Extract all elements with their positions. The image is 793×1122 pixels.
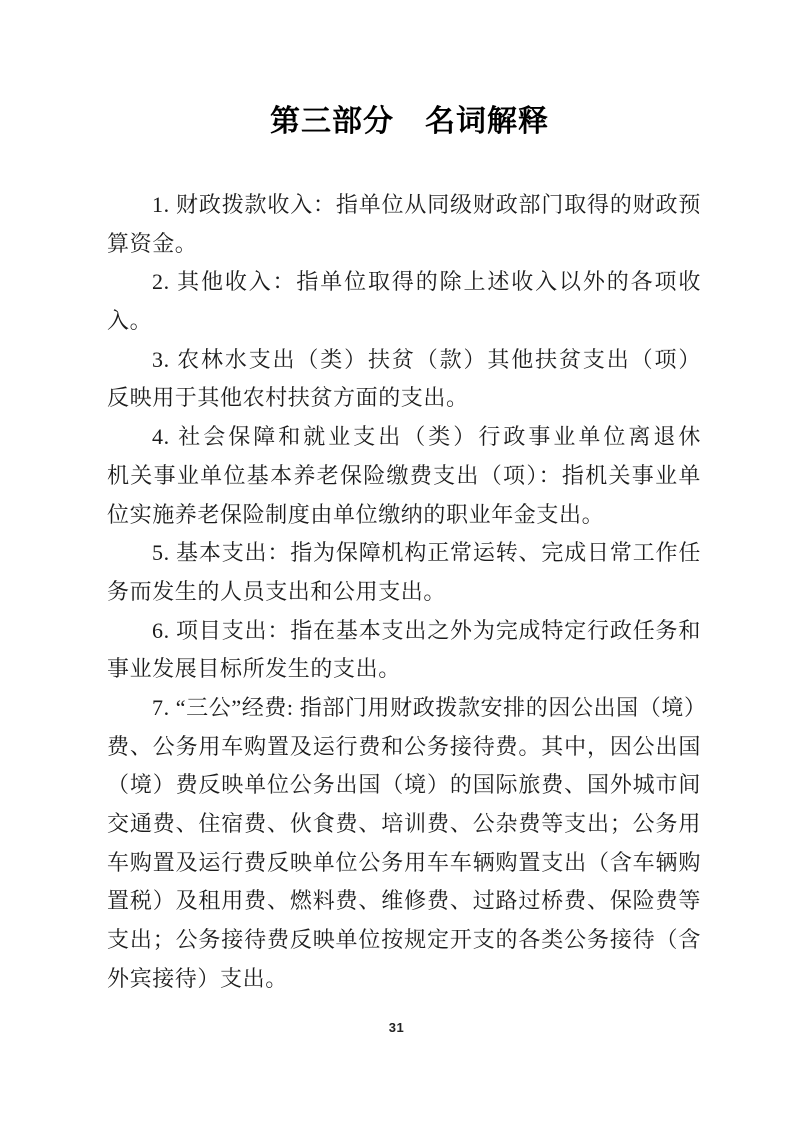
text-line: 置税）及租用费、燃料费、维修费、过路过桥费、保险费等 bbox=[107, 882, 701, 921]
text-line: 支出；公务接待费反映单位按规定开支的各类公务接待（含 bbox=[107, 921, 701, 960]
text-line: 5. 基本支出：指为保障机构正常运转、完成日常工作任 bbox=[107, 534, 701, 573]
text-line: 入。 bbox=[107, 302, 701, 341]
text-line: 车购置及运行费反映单位公务用车车辆购置支出（含车辆购 bbox=[107, 844, 701, 883]
page-number: 31 bbox=[0, 1020, 793, 1035]
text-line: 3. 农林水支出（类）扶贫（款）其他扶贫支出（项）指: bbox=[107, 341, 701, 380]
text-line: 7. “三公”经费: 指部门用财政拨款安排的因公出国（境） bbox=[107, 689, 701, 728]
text-line: 2. 其他收入：指单位取得的除上述收入以外的各项收 bbox=[107, 263, 701, 302]
document-body: 1. 财政拨款收入：指单位从同级财政部门取得的财政预 算资金。 2. 其他收入：… bbox=[107, 186, 701, 998]
text-line: 6. 项目支出：指在基本支出之外为完成特定行政任务和 bbox=[107, 612, 701, 651]
text-line: 机关事业单位基本养老保险缴费支出（项）：指机关事业单 bbox=[107, 457, 701, 496]
text-line: 位实施养老保险制度由单位缴纳的职业年金支出。 bbox=[107, 496, 701, 535]
text-line: 算资金。 bbox=[107, 225, 701, 264]
text-line: 务而发生的人员支出和公用支出。 bbox=[107, 573, 701, 612]
text-line: 反映用于其他农村扶贫方面的支出。 bbox=[107, 379, 701, 418]
text-line: 1. 财政拨款收入：指单位从同级财政部门取得的财政预 bbox=[107, 186, 701, 225]
document-page: 第三部分 名词解释 1. 财政拨款收入：指单位从同级财政部门取得的财政预 算资金… bbox=[0, 0, 793, 1122]
text-line: 4. 社会保障和就业支出（类）行政事业单位离退休（款） bbox=[107, 418, 701, 457]
text-line: 外宾接待）支出。 bbox=[107, 960, 701, 999]
text-line: （境）费反映单位公务出国（境）的国际旅费、国外城市间 bbox=[107, 766, 701, 805]
text-line: 事业发展目标所发生的支出。 bbox=[107, 650, 701, 689]
text-line: 费、公务用车购置及运行费和公务接待费。其中，因公出国 bbox=[107, 728, 701, 767]
page-title: 第三部分 名词解释 bbox=[0, 96, 793, 140]
text-line: 交通费、住宿费、伙食费、培训费、公杂费等支出；公务用 bbox=[107, 805, 701, 844]
